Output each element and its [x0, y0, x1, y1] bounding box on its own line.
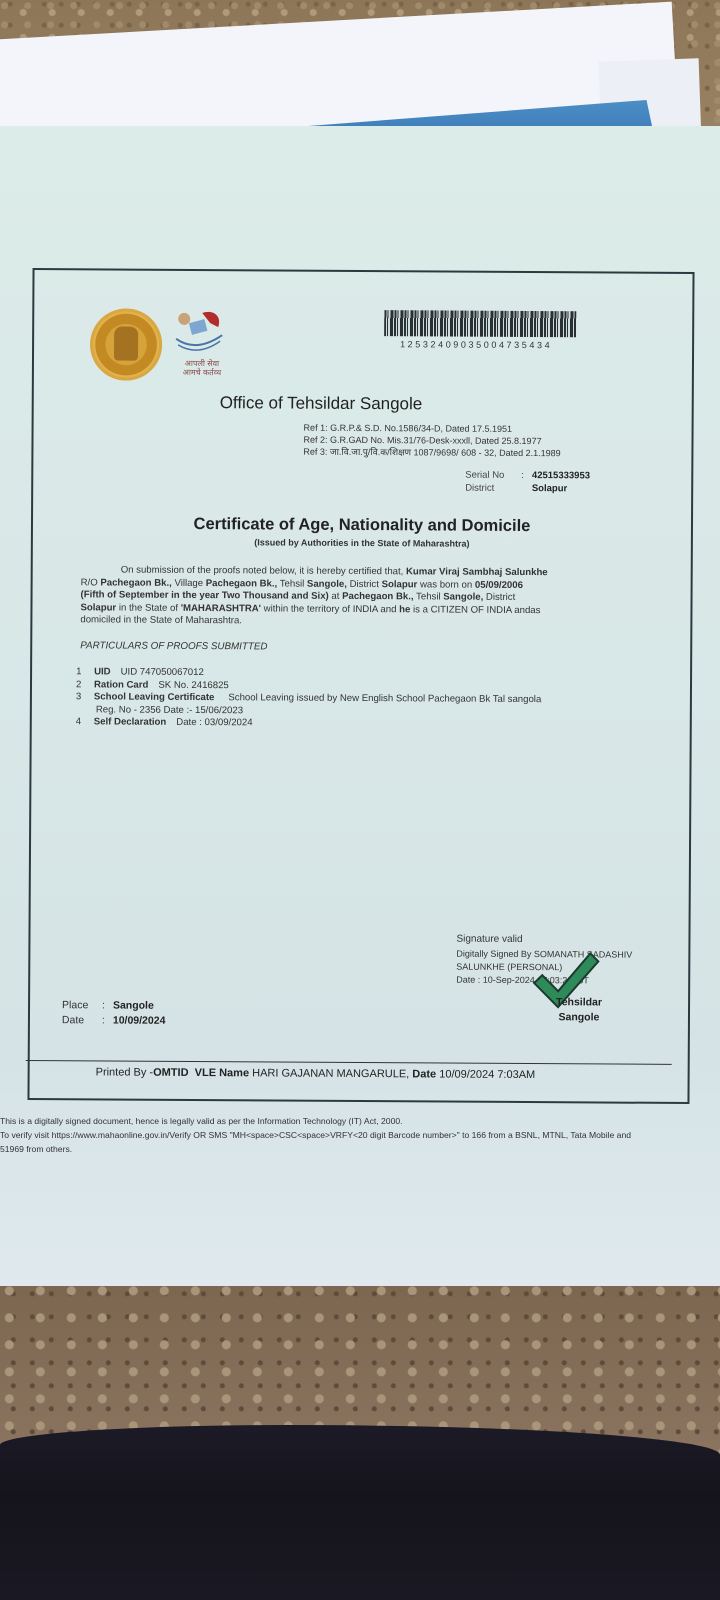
- signatory: Tehsildar Sangole: [556, 995, 602, 1025]
- date-of-birth: 05/09/2006: [475, 579, 523, 590]
- logo-tagline-1: आपली सेवा: [172, 359, 232, 368]
- district-label: District: [465, 482, 521, 495]
- footnote-verify-cont: 51969 from others.: [0, 1142, 700, 1156]
- reference-3: Ref 3: जा.वि.जा.पु/वि.क/शिक्षण 1087/9698…: [303, 446, 560, 460]
- serial-district-block: Serial No:42515333953 District Solapur: [465, 469, 590, 496]
- proof-item: 4Self DeclarationDate : 03/09/2024: [76, 716, 541, 731]
- office-title: Office of Tehsildar Sangole: [220, 393, 423, 414]
- serial-value: 42515333953: [532, 470, 590, 481]
- barcode: [384, 310, 576, 337]
- printed-by-line: Printed By -OMTID VLE Name HARI GAJANAN …: [96, 1066, 536, 1081]
- proofs-heading: PARTICULARS OF PROOFS SUBMITTED: [80, 640, 267, 652]
- footnote-verify: To verify visit https://www.mahaonline.g…: [0, 1128, 700, 1142]
- place-label: Place: [62, 998, 102, 1013]
- hand-document-icon: [172, 309, 226, 357]
- references: Ref 1: G.R.P.& S.D. No.1586/34-D, Dated …: [303, 422, 560, 460]
- divider: [26, 1060, 672, 1065]
- holder-name: Kumar Viraj Sambhaj Salunkhe: [406, 566, 548, 578]
- certificate-paper: आपली सेवा आमचे कर्तव्य 12532409035004735…: [0, 126, 720, 1286]
- aapli-seva-logo: आपली सेवा आमचे कर्तव्य: [172, 309, 226, 379]
- district-value: Solapur: [532, 483, 567, 494]
- date-label: Date: [62, 1013, 102, 1028]
- maharashtra-emblem-icon: [90, 308, 162, 380]
- footnote: This is a digitally signed document, hen…: [0, 1114, 700, 1156]
- place-value: Sangole: [113, 999, 154, 1011]
- logo-tagline-2: आमचे कर्तव्य: [172, 368, 232, 377]
- place-date-block: Place:Sangole Date:10/09/2024: [62, 998, 166, 1029]
- certificate-subtitle: (Issued by Authorities in the State of M…: [33, 536, 691, 550]
- date-value: 10/09/2024: [113, 1014, 166, 1026]
- proofs-list: 1UIDUID 747050067012 2Ration CardSK No. …: [76, 666, 542, 731]
- certificate-body: On submission of the proofs noted below,…: [80, 564, 628, 630]
- barcode-number: 12532409035004735434: [400, 339, 552, 350]
- dark-cloth: [0, 1425, 720, 1600]
- signatory-designation: Tehsildar: [556, 995, 602, 1010]
- signatory-location: Sangole: [556, 1010, 602, 1025]
- certificate-frame: आपली सेवा आमचे कर्तव्य 12532409035004735…: [27, 268, 694, 1104]
- serial-label: Serial No: [465, 469, 521, 482]
- footnote-legal: This is a digitally signed document, hen…: [0, 1114, 700, 1128]
- signature-status: Signature valid: [456, 933, 632, 947]
- certificate-title: Certificate of Age, Nationality and Domi…: [33, 514, 691, 537]
